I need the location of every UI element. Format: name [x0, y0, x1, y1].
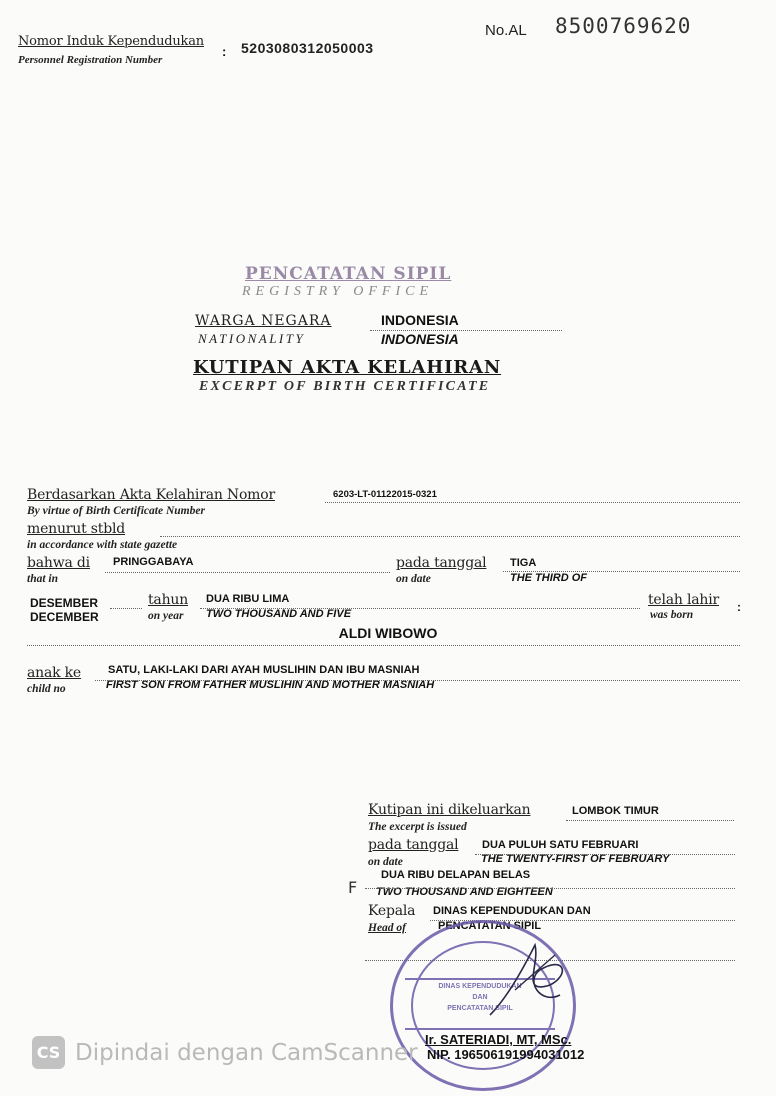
official-nip: NIP. 196506191994031012 [427, 1047, 584, 1062]
date-value: TIGA [510, 557, 536, 569]
serial-prefix: No.AL [485, 22, 527, 39]
nik-label: Nomor Induk Kependudukan [18, 34, 204, 49]
place-sublabel: that in [27, 573, 58, 585]
nik-value: 5203080312050003 [241, 40, 374, 56]
cert-no-value: 6203-LT-01122015-0321 [333, 489, 437, 500]
head-value: DINAS KEPENDUDUKAN DAN [433, 905, 591, 917]
nationality-label: WARGA NEGARA [195, 313, 332, 329]
month-value-en: DECEMBER [30, 610, 99, 624]
office-subtitle: REGISTRY OFFICE [242, 284, 433, 300]
issue-date-value: DUA PULUH SATU FEBRUARI [482, 839, 638, 851]
child-name: ALDI WIBOWO [0, 625, 776, 641]
year-value-en: TWO THOUSAND AND FIVE [206, 608, 351, 620]
document-title: KUTIPAN AKTA KELAHIRAN [193, 357, 501, 378]
cert-no-label: Berdasarkan Akta Kelahiran Nomor [27, 487, 275, 503]
child-no-sublabel: child no [27, 683, 66, 695]
born-label: telah lahir [648, 592, 719, 608]
born-sublabel: was born [650, 609, 693, 621]
date-sublabel: on date [396, 573, 431, 585]
stbld-label: menurut stbld [27, 521, 125, 537]
issued-sublabel: The excerpt is issued [368, 821, 467, 833]
issue-date-label: pada tanggal [368, 837, 458, 853]
place-label: bahwa di [27, 555, 90, 571]
cert-no-sublabel: By virtue of Birth Certificate Number [27, 505, 205, 517]
nationality-value: INDONESIA [381, 312, 459, 328]
document-subtitle: EXCERPT OF BIRTH CERTIFICATE [199, 379, 490, 395]
date-value-en: THE THIRD OF [510, 572, 587, 584]
child-no-label: anak ke [27, 665, 81, 681]
serial-number: 8500769620 [555, 14, 691, 38]
paraf-mark: F [348, 878, 357, 897]
nationality-value-en: INDONESIA [381, 331, 459, 347]
official-name: Ir. SATERIADI, MT, MSc. [425, 1032, 571, 1047]
stbld-sublabel: in accordance with state gazette [27, 539, 177, 551]
child-no-value: SATU, LAKI-LAKI DARI AYAH MUSLIHIN DAN I… [108, 664, 419, 676]
head-sublabel: Head of [368, 922, 406, 934]
issue-year-value: DUA RIBU DELAPAN BELAS [381, 869, 530, 881]
signature [480, 935, 580, 1025]
year-label: tahun [148, 592, 188, 608]
date-label: pada tanggal [396, 555, 486, 571]
camscanner-logo-icon: CS [32, 1036, 65, 1069]
camscanner-watermark: CS Dipindai dengan CamScanner [32, 1036, 418, 1069]
month-value: DESEMBER [30, 596, 98, 610]
nationality-sublabel: NATIONALITY [198, 331, 305, 347]
issue-date-sublabel: on date [368, 856, 403, 868]
place-value: PRINGGABAYA [113, 556, 194, 568]
nik-sublabel: Personnel Registration Number [18, 54, 162, 66]
watermark-text: Dipindai dengan CamScanner [75, 1040, 418, 1066]
issued-value: LOMBOK TIMUR [572, 805, 659, 817]
head-label: Kepala [368, 903, 415, 919]
issued-label: Kutipan ini dikeluarkan [368, 802, 530, 818]
born-colon: : [737, 600, 741, 614]
year-value: DUA RIBU LIMA [206, 593, 289, 605]
year-sublabel: on year [148, 610, 183, 622]
nik-colon: : [222, 44, 226, 59]
office-title: PENCATATAN SIPIL [245, 264, 451, 284]
